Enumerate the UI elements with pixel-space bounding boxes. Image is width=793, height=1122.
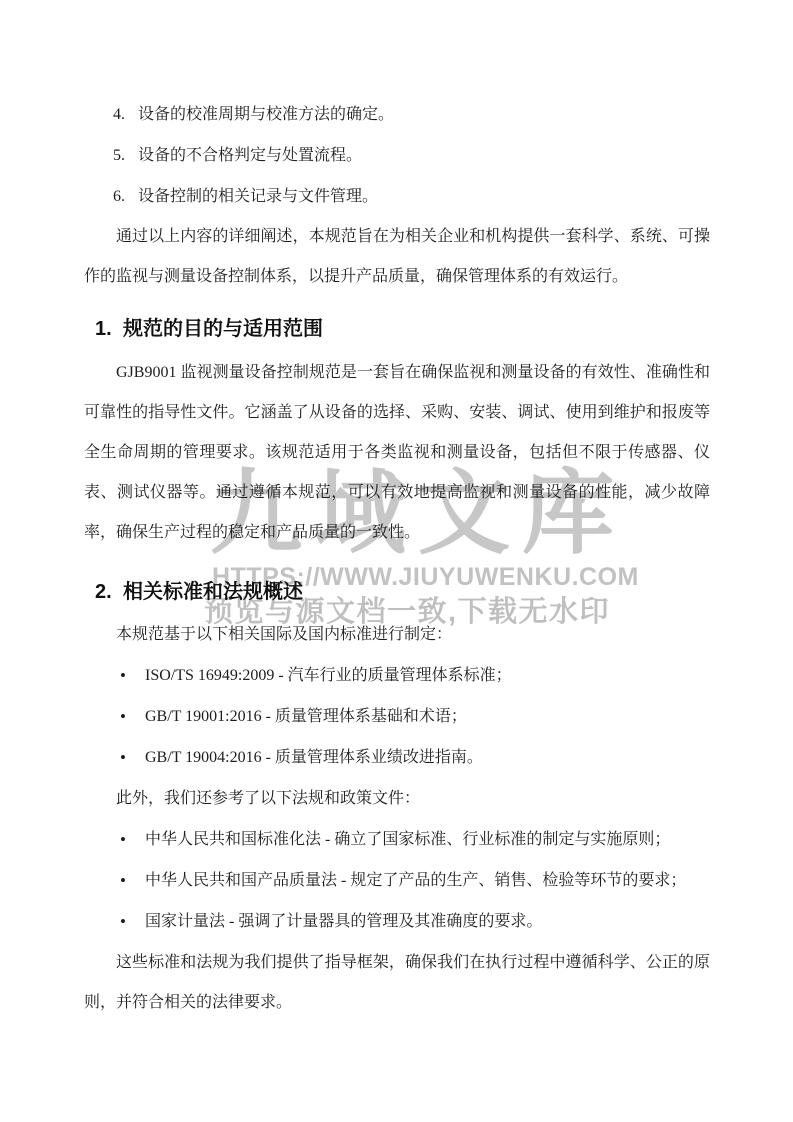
bullet-icon: • — [120, 820, 145, 860]
bullet-icon: • — [120, 697, 145, 737]
bullet-text: 中华人民共和国产品质量法 - 规定了产品的生产、销售、检验等环节的要求； — [145, 861, 710, 901]
item-number: 4. — [113, 94, 138, 135]
heading-title: 规范的目的与适用范围 — [123, 314, 323, 344]
standard-item: • ISO/TS 16949:2009 - 汽车行业的质量管理体系标准； — [84, 656, 710, 696]
bullet-icon: • — [120, 738, 145, 778]
standard-item: • GB/T 19004:2016 - 质量管理体系业绩改进指南。 — [84, 738, 710, 778]
heading-number: 2. — [95, 577, 123, 607]
item-text: 设备的不合格判定与处置流程。 — [138, 135, 362, 176]
document-page: 4. 设备的校准周期与校准方法的确定。 5. 设备的不合格判定与处置流程。 6.… — [0, 0, 793, 1023]
numbered-item-5: 5. 设备的不合格判定与处置流程。 — [84, 135, 710, 176]
law-item: • 中华人民共和国产品质量法 - 规定了产品的生产、销售、检验等环节的要求； — [84, 861, 710, 901]
numbered-item-6: 6. 设备控制的相关记录与文件管理。 — [84, 176, 710, 217]
bullet-text: GB/T 19004:2016 - 质量管理体系业绩改进指南。 — [145, 738, 710, 778]
law-item: • 中华人民共和国标准化法 - 确立了国家标准、行业标准的制定与实施原则； — [84, 820, 710, 860]
law-item: • 国家计量法 - 强调了计量器具的管理及其准确度的要求。 — [84, 902, 710, 942]
heading-number: 1. — [95, 314, 123, 344]
item-number: 5. — [113, 135, 138, 176]
bullet-text: GB/T 19001:2016 - 质量管理体系基础和术语； — [145, 697, 710, 737]
section1-paragraph: GJB9001 监视测量设备控制规范是一套旨在确保监视和测量设备的有效性、准确性… — [84, 353, 710, 553]
heading-title: 相关标准和法规概述 — [123, 577, 303, 607]
item-text: 设备控制的相关记录与文件管理。 — [138, 176, 378, 217]
section1-heading: 1. 规范的目的与适用范围 — [84, 314, 710, 344]
bullet-text: 国家计量法 - 强调了计量器具的管理及其准确度的要求。 — [145, 902, 710, 942]
bullet-icon: • — [120, 861, 145, 901]
intro-paragraph: 通过以上内容的详细阐述，本规范旨在为相关企业和机构提供一套科学、系统、可操作的监… — [84, 217, 710, 297]
bullet-text: ISO/TS 16949:2009 - 汽车行业的质量管理体系标准； — [145, 656, 710, 696]
bullet-icon: • — [120, 656, 145, 696]
standard-item: • GB/T 19001:2016 - 质量管理体系基础和术语； — [84, 697, 710, 737]
section2-intro: 本规范基于以下相关国际及国内标准进行制定： — [84, 615, 710, 655]
closing-paragraph: 这些标准和法规为我们提供了指导框架，确保我们在执行过程中遵循科学、公正的原则，并… — [84, 943, 710, 1023]
item-text: 设备的校准周期与校准方法的确定。 — [138, 94, 394, 135]
item-number: 6. — [113, 176, 138, 217]
laws-intro: 此外，我们还参考了以下法规和政策文件： — [84, 779, 710, 819]
bullet-text: 中华人民共和国标准化法 - 确立了国家标准、行业标准的制定与实施原则； — [145, 820, 710, 860]
bullet-icon: • — [120, 902, 145, 942]
numbered-item-4: 4. 设备的校准周期与校准方法的确定。 — [84, 94, 710, 135]
section2-heading: 2. 相关标准和法规概述 — [84, 577, 710, 607]
